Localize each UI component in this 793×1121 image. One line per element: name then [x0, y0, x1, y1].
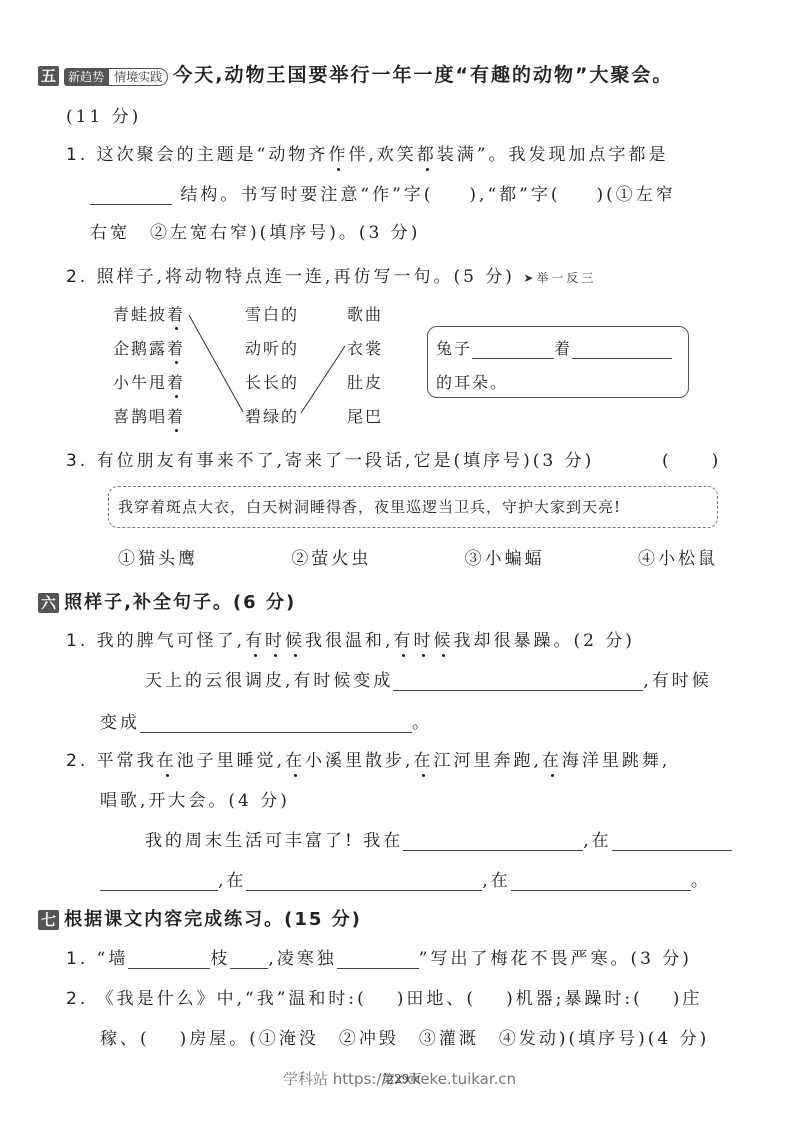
section7-header: 七 根据课文内容完成练习。(15 分) [38, 905, 362, 931]
imitation-line2: 的耳朵。 [436, 370, 508, 393]
s6-q2-line4: ,在,在。 [100, 866, 711, 891]
s6-q1-line1: 1. 我的脾气可怪了,有时候我很温和,有时候我却很暴躁。(2 分) [66, 626, 635, 651]
s7-q1-line: 1. “墙枝,凌寒独”写出了梅花不畏严寒。(3 分) [66, 944, 692, 969]
cloud-blank-1[interactable] [393, 672, 643, 691]
s6-q2-line1: 2. 平常我在池子里睡觉,在小溪里散步,在江河里奔跑,在海洋里跳舞, [66, 746, 670, 771]
weekend-blank-2[interactable] [612, 832, 732, 851]
poem-blank-1[interactable] [128, 950, 210, 969]
weekend-blank-1[interactable] [403, 832, 583, 851]
option-2[interactable]: ②萤火虫 [291, 544, 371, 569]
poem-blank-3[interactable] [337, 950, 419, 969]
imitation-blank-2[interactable] [572, 340, 672, 359]
section6-title: 照样子,补全句子。(6 分) [64, 592, 296, 613]
poem-blank-2[interactable] [230, 950, 268, 969]
s7-q2-line1: 2. 《我是什么》中,“我”温和时:()田地、()机器;暴躁时:()庄 [66, 984, 702, 1009]
q3-answer-paren[interactable]: ( ) [662, 446, 721, 471]
s6-q1-line2: 天上的云很调皮,有时候变成,有时候 [145, 666, 712, 691]
section6-badge: 六 [38, 593, 59, 613]
quote-text: 我穿着斑点大衣，白天树洞睡得香，夜里巡逻当卫兵，守护大家到天亮! [118, 496, 621, 517]
s6-q1-line3: 变成。 [100, 708, 432, 733]
s7-q2-line2: 稼、()房屋。(①淹没 ②冲毁 ③灌溉 ④发动)(填序号)(4 分) [100, 1024, 709, 1049]
option-1[interactable]: ①猫头鹰 [118, 544, 198, 569]
section7-badge: 七 [38, 910, 59, 930]
weekend-blank-4[interactable] [246, 872, 482, 891]
imitation-blank-1[interactable] [472, 340, 554, 359]
s6-q2-line2: 唱歌,开大会。(4 分) [100, 786, 290, 811]
s5-q3-line: 3. 有位朋友有事来不了,寄来了一段话,它是(填序号)(3 分) [66, 446, 594, 471]
s6-q2-line3: 我的周末生活可丰富了! 我在,在 [145, 826, 732, 851]
weekend-blank-3[interactable] [100, 872, 218, 891]
section6-header: 六 照样子,补全句子。(6 分) [38, 588, 296, 614]
footer-page: 第29页 [382, 1070, 421, 1087]
q3-options: ①猫头鹰 ②萤火虫 ③小蝙蝠 ④小松鼠 [118, 544, 718, 569]
option-3[interactable]: ③小蝙蝠 [465, 544, 545, 569]
cloud-blank-2[interactable] [140, 714, 412, 733]
weekend-blank-5[interactable] [511, 872, 691, 891]
option-4[interactable]: ④小松鼠 [638, 544, 718, 569]
section7-title: 根据课文内容完成练习。(15 分) [64, 909, 362, 930]
imitation-line1: 兔子着 [436, 336, 672, 359]
